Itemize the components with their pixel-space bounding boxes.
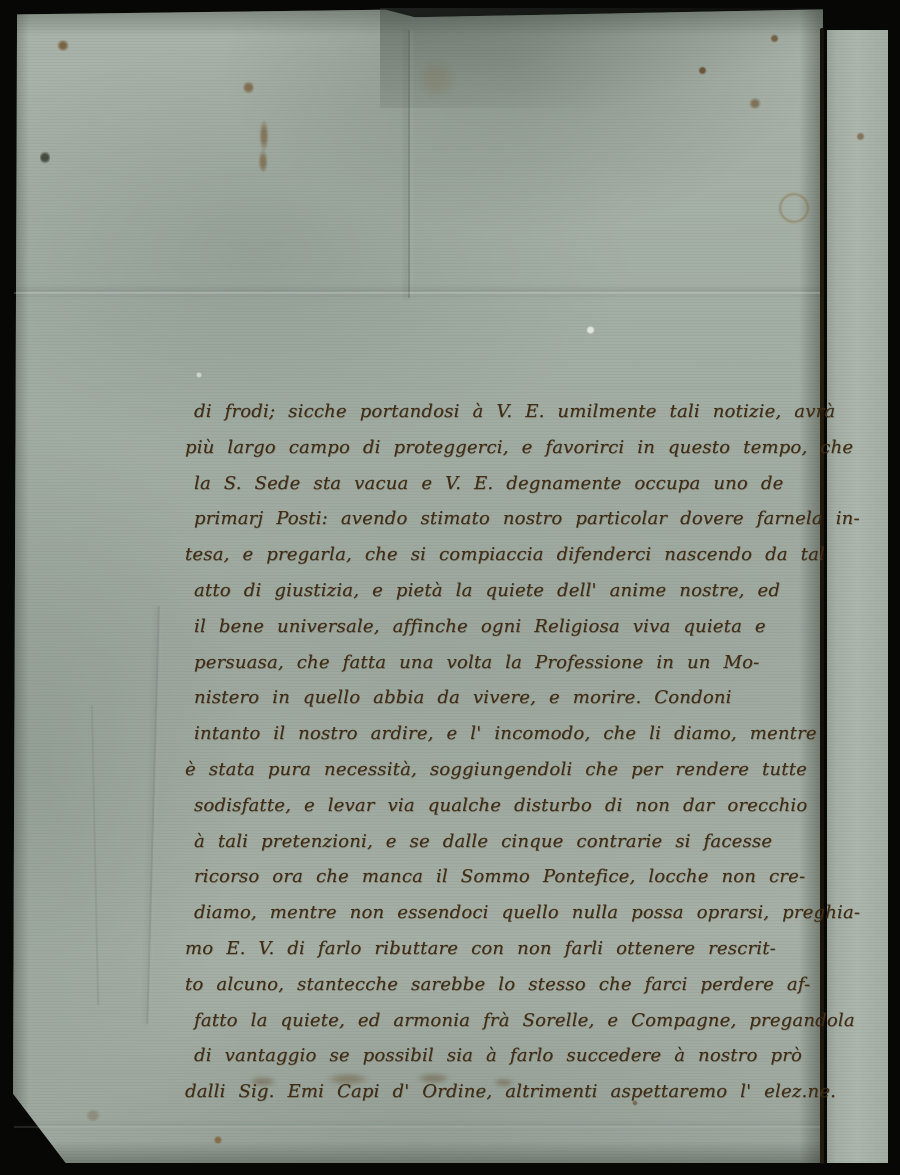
adjacent-page-edge [827,30,888,1163]
manuscript-line: intanto il nostro ardire, e l' incomodo,… [194,716,834,752]
manuscript-line: il bene universale, affinche ogni Religi… [194,609,834,645]
manuscript-line: mo E. V. di farlo ributtare con non farl… [185,931,834,967]
manuscript-line: to alcuno, stantecche sarebbe lo stesso … [185,967,834,1003]
manuscript-line: fatto la quiete, ed armonia frà Sorelle,… [194,1003,834,1039]
manuscript-line: dalli Sig. Emi Capi d' Ordine, altriment… [185,1074,834,1110]
top-fold-shadow [380,8,820,108]
manuscript-line: à tali pretenzioni, e se dalle cinque co… [194,824,834,860]
horizontal-fold-crease [14,292,820,294]
manuscript-line: è stata pura necessità, soggiungendoli c… [185,752,834,788]
manuscript-line: sodisfatte, e levar via qualche disturbo… [194,788,834,824]
manuscript-line: di frodi; sicche portandosi à V. E. umil… [194,394,834,430]
scanned-letter-photo: di frodi; sicche portandosi à V. E. umil… [0,0,900,1175]
manuscript-line: atto di giustizia, e pietà la quiete del… [194,573,834,609]
manuscript-line: tesa, e pregarla, che si compiaccia dife… [185,537,834,573]
bottom-fold-crease [14,1126,820,1128]
manuscript-line: persuasa, che fatta una volta la Profess… [194,645,834,681]
laid-paper-texture [827,30,888,1163]
manuscript-line: primarj Posti: avendo stimato nostro par… [194,501,834,537]
manuscript-line: la S. Sede sta vacua e V. E. degnamente … [194,466,834,502]
manuscript-line: di vantaggio se possibil sia à farlo suc… [194,1038,834,1074]
manuscript-line: più largo campo di proteggerci, e favori… [185,430,834,466]
vertical-crease [408,30,410,298]
manuscript-line: diamo, mentre non essendoci quello nulla… [194,895,834,931]
manuscript-line: ricorso ora che manca il Sommo Pontefice… [194,859,834,895]
manuscript-line: nistero in quello abbia da vivere, e mor… [194,680,834,716]
manuscript-text-block: di frodi; sicche portandosi à V. E. umil… [194,394,834,1110]
